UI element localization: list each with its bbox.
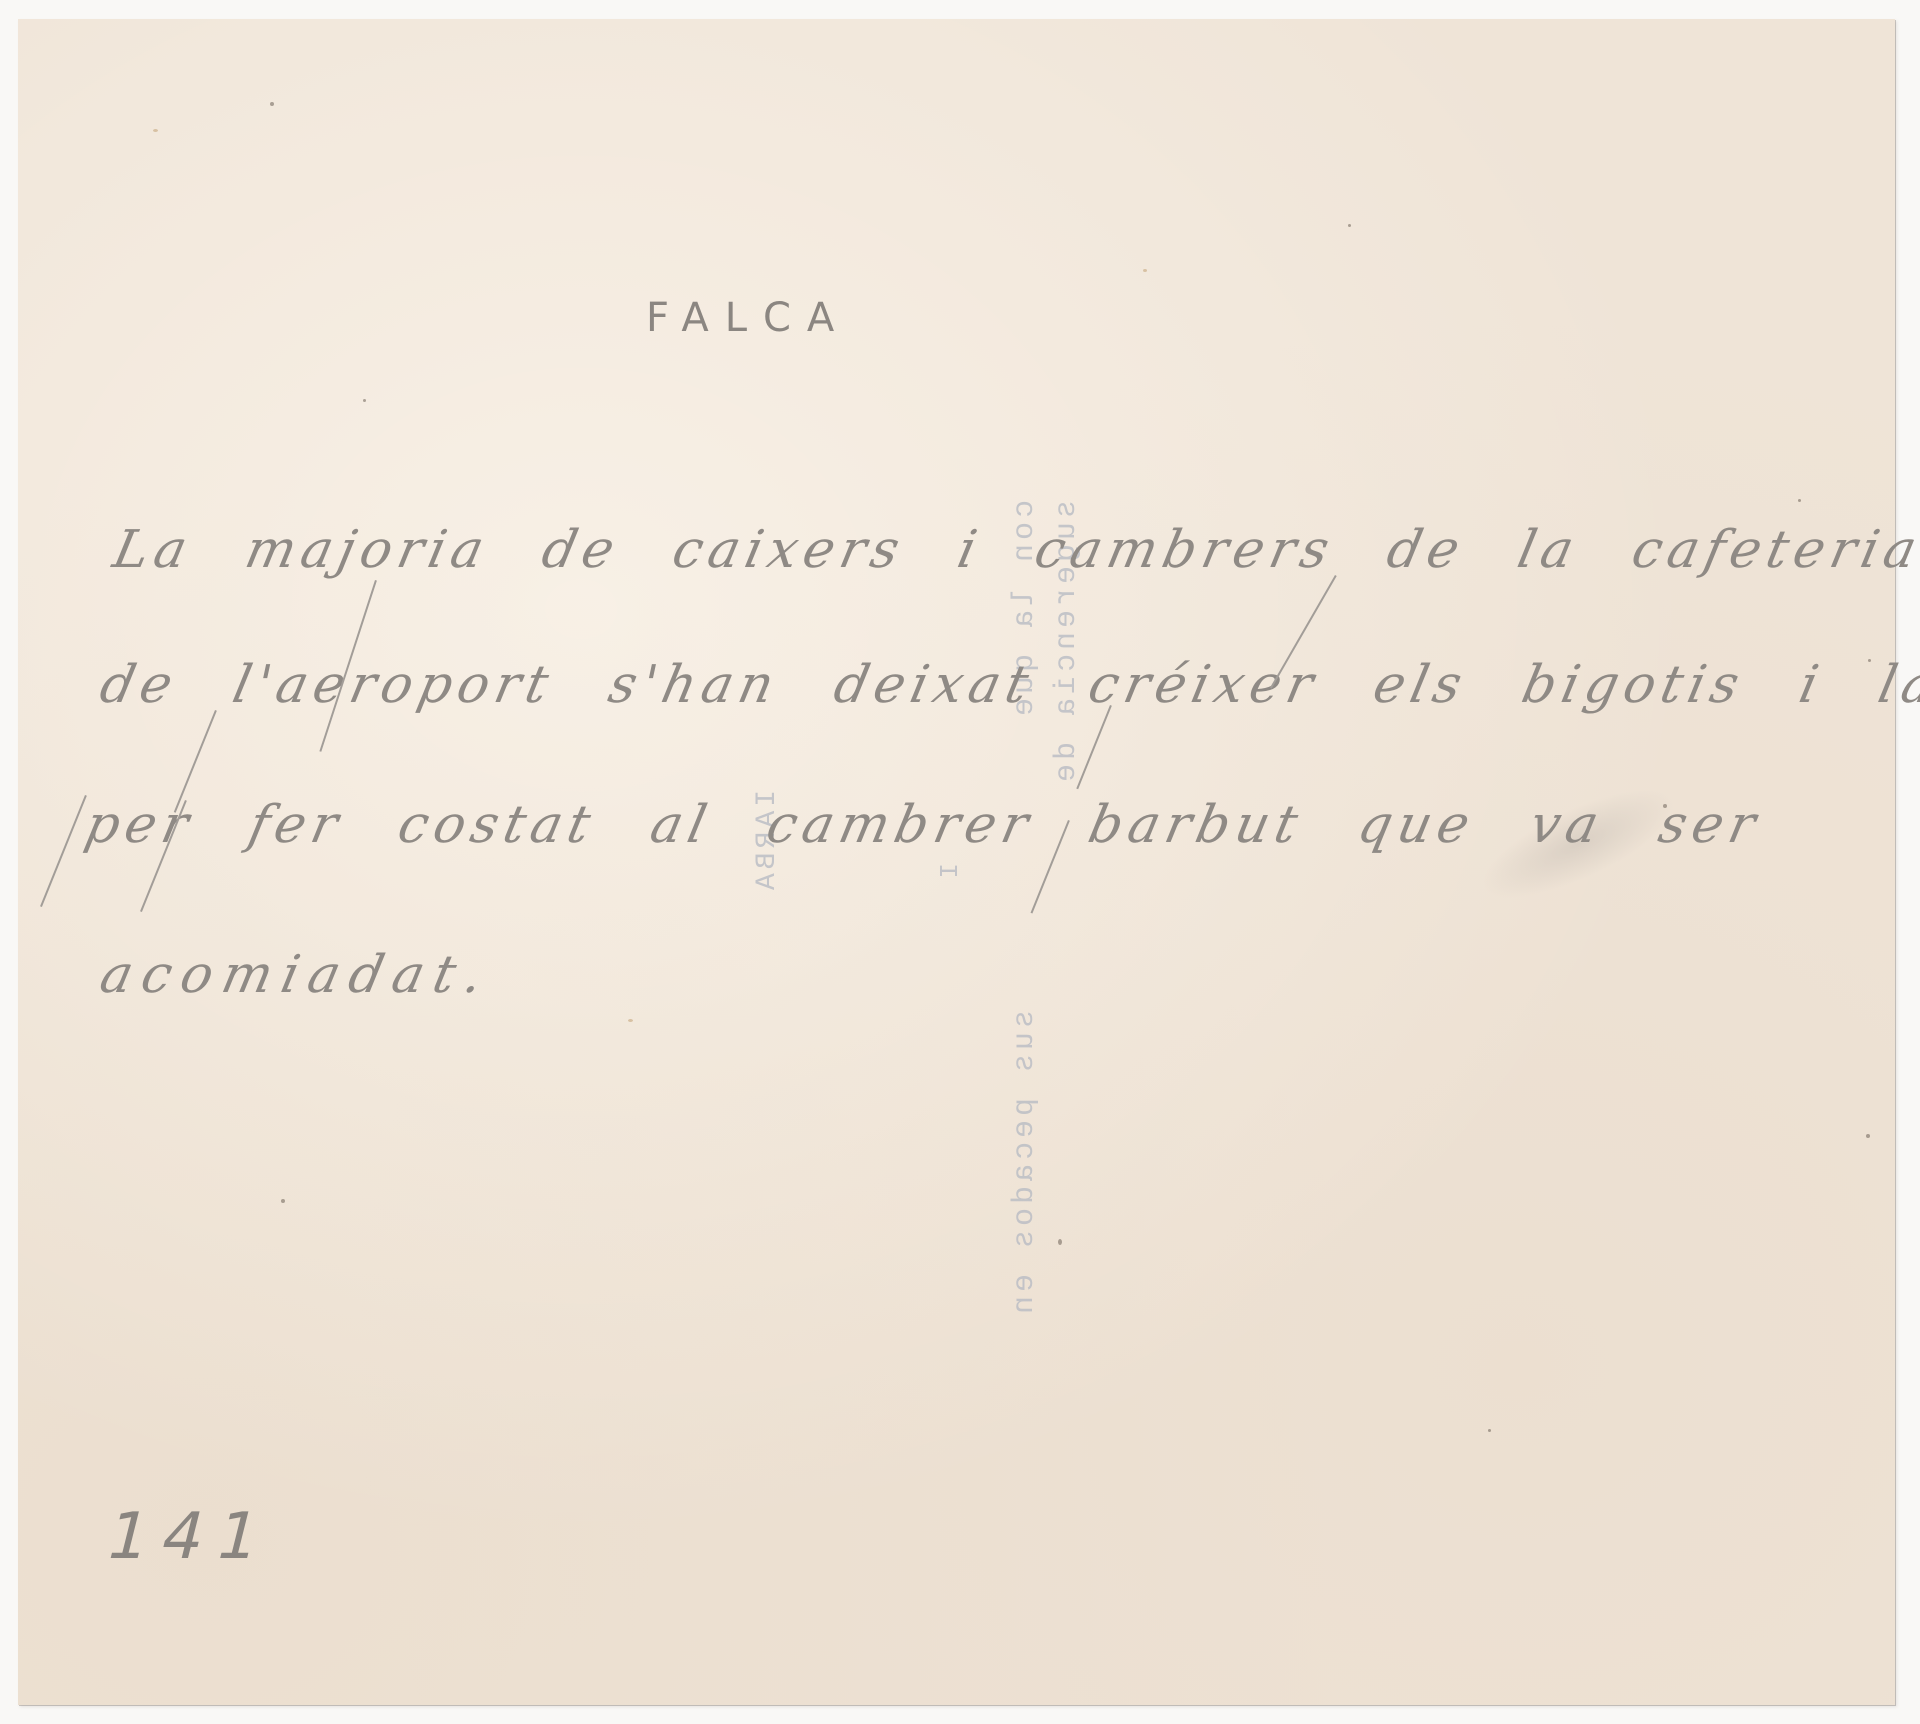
handwritten-line-3: per fer costat al cambrer barbut que va …	[80, 795, 1767, 855]
paper-sheet	[18, 19, 1895, 1705]
paper-speck	[1798, 499, 1801, 502]
paper-speck	[1143, 269, 1147, 272]
paper-speck	[153, 129, 158, 132]
handwritten-line-2: de l'aeroport s'han deixat créixer els b…	[95, 655, 1920, 715]
page-number: 141	[99, 1500, 282, 1574]
note-heading: FALCA	[646, 295, 850, 341]
paper-speck	[363, 399, 366, 402]
paper-speck	[1348, 224, 1351, 227]
paper-speck	[281, 1199, 285, 1203]
paper-speck	[1488, 1429, 1491, 1432]
paper-speck	[1058, 1239, 1062, 1245]
bleed-through-text: sus pecados en	[1008, 1010, 1042, 1318]
handwritten-line-1: La majoria de caixers i cambrers de la c…	[108, 520, 1920, 580]
paper-speck	[1866, 1134, 1870, 1138]
paper-speck	[628, 1019, 633, 1022]
bleed-through-text: I	[935, 863, 965, 883]
paper-speck	[270, 102, 274, 106]
handwritten-line-4: acomiadat.	[95, 945, 498, 1005]
